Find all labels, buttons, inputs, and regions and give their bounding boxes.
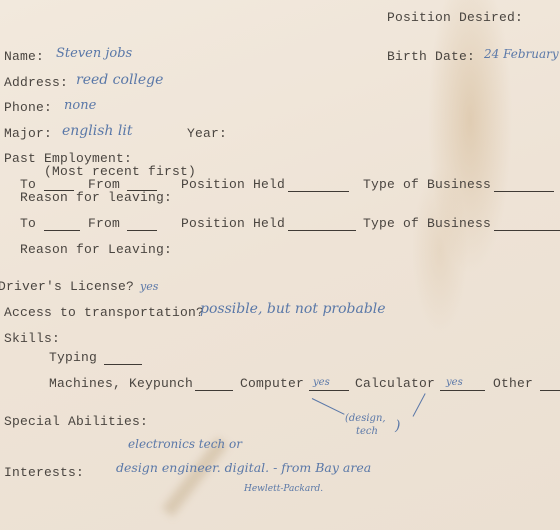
typing-field[interactable]	[104, 364, 142, 365]
employment-2-business-field[interactable]	[494, 230, 560, 231]
birth-date-value: 24 February	[484, 47, 559, 61]
employment-1-business-field[interactable]	[494, 191, 554, 192]
other-label: Other	[493, 376, 533, 391]
interests-line-3: Hewlett-Packard.	[244, 484, 323, 494]
employment-1-business-label: Type of Business	[363, 177, 491, 192]
annotation-design: (design,	[345, 413, 386, 424]
year-label: Year:	[187, 126, 227, 141]
employment-2-to-field[interactable]	[44, 230, 80, 231]
birth-date-label: Birth Date:	[387, 49, 475, 64]
computer-label: Computer	[240, 376, 304, 391]
address-label: Address:	[4, 75, 68, 90]
special-abilities-label: Special Abilities:	[4, 414, 148, 429]
transportation-value: possible, but not probable	[200, 301, 386, 317]
phone-value: none	[64, 98, 96, 113]
annotation-close-paren: )	[395, 418, 400, 434]
drivers-license-label: Driver's License?	[0, 279, 134, 294]
calculator-value: yes	[446, 377, 463, 388]
drivers-license-value: yes	[140, 280, 158, 293]
employment-1-reason-label: Reason for leaving:	[20, 190, 172, 205]
skills-label: Skills:	[4, 331, 60, 346]
phone-label: Phone:	[4, 100, 52, 115]
major-value: english lit	[62, 123, 132, 139]
calculator-field[interactable]	[440, 390, 485, 391]
name-label: Name:	[4, 49, 44, 64]
employment-2-from-label: From	[88, 216, 120, 231]
interests-label: Interests:	[4, 465, 84, 480]
machines-keypunch-label: Machines, Keypunch	[49, 376, 193, 391]
employment-2-position-label: Position Held	[181, 216, 285, 231]
name-value: Steven jobs	[56, 46, 132, 61]
interests-line-2: design engineer. digital. - from Bay are…	[116, 460, 371, 475]
interests-line-1: electronics tech or	[128, 437, 242, 451]
transportation-label: Access to transportation?	[4, 305, 204, 320]
employment-2-business-label: Type of Business	[363, 216, 491, 231]
computer-field[interactable]	[309, 390, 349, 391]
annotation-tech: tech	[356, 426, 378, 437]
keypunch-field[interactable]	[195, 390, 233, 391]
calculator-label: Calculator	[355, 376, 435, 391]
most-recent-label: (Most recent first)	[44, 164, 196, 179]
typing-label: Typing	[49, 350, 97, 365]
employment-2-reason-label: Reason for Leaving:	[20, 242, 172, 257]
address-value: reed college	[76, 72, 163, 88]
computer-value: yes	[313, 377, 330, 388]
employment-2-to-label: To	[20, 216, 36, 231]
employment-2-position-field[interactable]	[288, 230, 356, 231]
position-desired-label: Position Desired:	[387, 10, 523, 25]
major-label: Major:	[4, 126, 52, 141]
other-field[interactable]	[540, 390, 560, 391]
employment-2-from-field[interactable]	[127, 230, 157, 231]
employment-1-position-label: Position Held	[181, 177, 285, 192]
employment-1-position-field[interactable]	[288, 191, 349, 192]
